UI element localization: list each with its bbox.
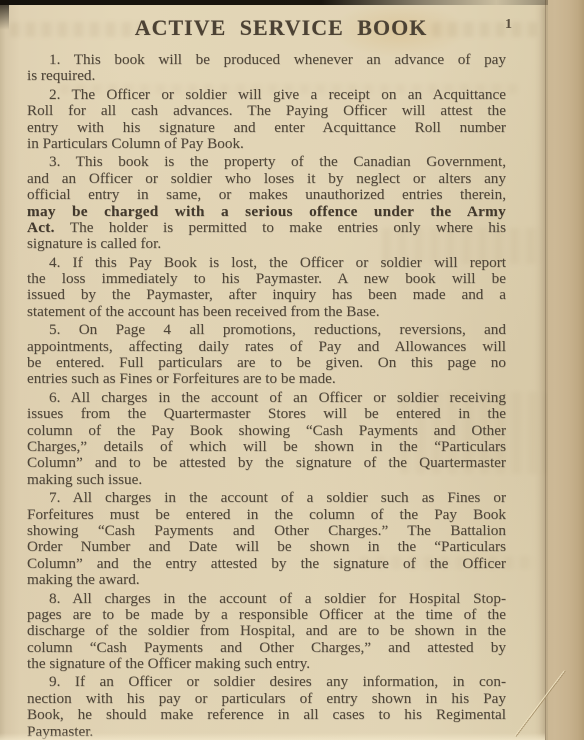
text-line: discharge of the soldier from Hospital, … [27,623,506,639]
text-line: Column” and to be attested by the signat… [27,455,506,471]
text-line: issues from the Quartermaster Stores wil… [27,406,506,422]
text-line: making such issue. [27,472,506,488]
scan-edge-top [0,0,584,5]
paragraph: 7. All charges in the account of a soldi… [27,490,506,588]
text-line: may be charged with a serious offence un… [27,204,506,220]
text-line: and an Officer or soldier who loses it b… [27,171,506,187]
paragraph: 1. This book will be produced whenever a… [27,52,506,85]
text-line: is required. [27,68,506,84]
text-line: official entry in same, or makes unautho… [27,187,506,203]
text-line: column “Cash Payments and Other Charges,… [27,640,506,656]
paragraph: 2. The Officer or soldier will give a re… [27,87,506,153]
text-line: 4. If this Pay Book is lost, the Officer… [27,255,506,271]
paragraph: 8. All charges in the account of a soldi… [27,591,506,673]
text-line: making the award. [27,572,506,588]
text-line: Book, he should make reference in all ca… [27,707,506,723]
text-line: 9. If an Officer or soldier desires any … [27,674,506,690]
text-line: be entered. Full particulars are to be g… [27,355,506,371]
text-line: Column” and the entry attested by the si… [27,556,506,572]
text-line: Order Number and Date will be shown in t… [27,539,506,555]
paragraph: 6. All charges in the account of an Offi… [27,390,506,488]
text-line: pages are to be made by a responsible Of… [27,607,506,623]
text-line: entry with his signature and enter Acqui… [27,120,506,136]
scan-edge-bottom [0,733,545,740]
text-line: Roll for all cash advances. The Paying O… [27,103,506,119]
text-line: 7. All charges in the account of a soldi… [27,490,506,506]
text-line: signature is called for. [27,236,506,252]
paragraph: 5. On Page 4 all promotions, reductions,… [27,322,506,388]
text-line: showing “Cash Payments and Other Charges… [27,523,506,539]
text-line: issued by the Paymaster, after inquiry h… [27,287,506,303]
page-header: ACTIVE SERVICE BOOK [0,15,562,41]
bold-text-segment: Act. [27,220,55,236]
text-line: Forfeitures must be entered in the colum… [27,507,506,523]
text-line: in Particulars Column of Pay Book. [27,136,506,152]
text-line: 6. All charges in the account of an Offi… [27,390,506,406]
text-line: 1. This book will be produced whenever a… [27,52,506,68]
text-line: Charges,” details of which will be shown… [27,439,506,455]
text-line: 3. This book is the property of the Cana… [27,154,506,170]
text-line: 8. All charges in the account of a soldi… [27,591,506,607]
paragraph: 9. If an Officer or soldier desires any … [27,674,506,740]
paragraph: 4. If this Pay Book is lost, the Officer… [27,255,506,321]
text-line: the loss immediately to his Paymaster. A… [27,271,506,287]
text-line: statement of the account has been receiv… [27,304,506,320]
text-line: nection with his pay or particulars of e… [27,691,506,707]
book-page-edge [545,0,584,740]
text-line: the signature of the Officer making such… [27,656,506,672]
instructions-text: 1. This book will be produced whenever a… [27,52,506,740]
text-line: 2. The Officer or soldier will give a re… [27,87,506,103]
scan-edge-left [0,0,9,30]
text-line: column of the Pay Book showing “Cash Pay… [27,423,506,439]
text-line: Act. The holder is permitted to make ent… [27,220,506,236]
page-title: ACTIVE SERVICE BOOK [135,15,428,41]
scanned-page: ACTIVE SERVICE BOOK 1 1. This book will … [0,0,584,740]
text-line: appointments, affecting daily rates of P… [27,339,506,355]
text-segment: The holder is permitted to make entries … [55,220,506,236]
text-line: entries such as Fines or Forfeitures are… [27,371,506,387]
text-line: 5. On Page 4 all promotions, reductions,… [27,322,506,338]
paragraph: 3. This book is the property of the Cana… [27,154,506,252]
page-number: 1 [505,17,512,33]
